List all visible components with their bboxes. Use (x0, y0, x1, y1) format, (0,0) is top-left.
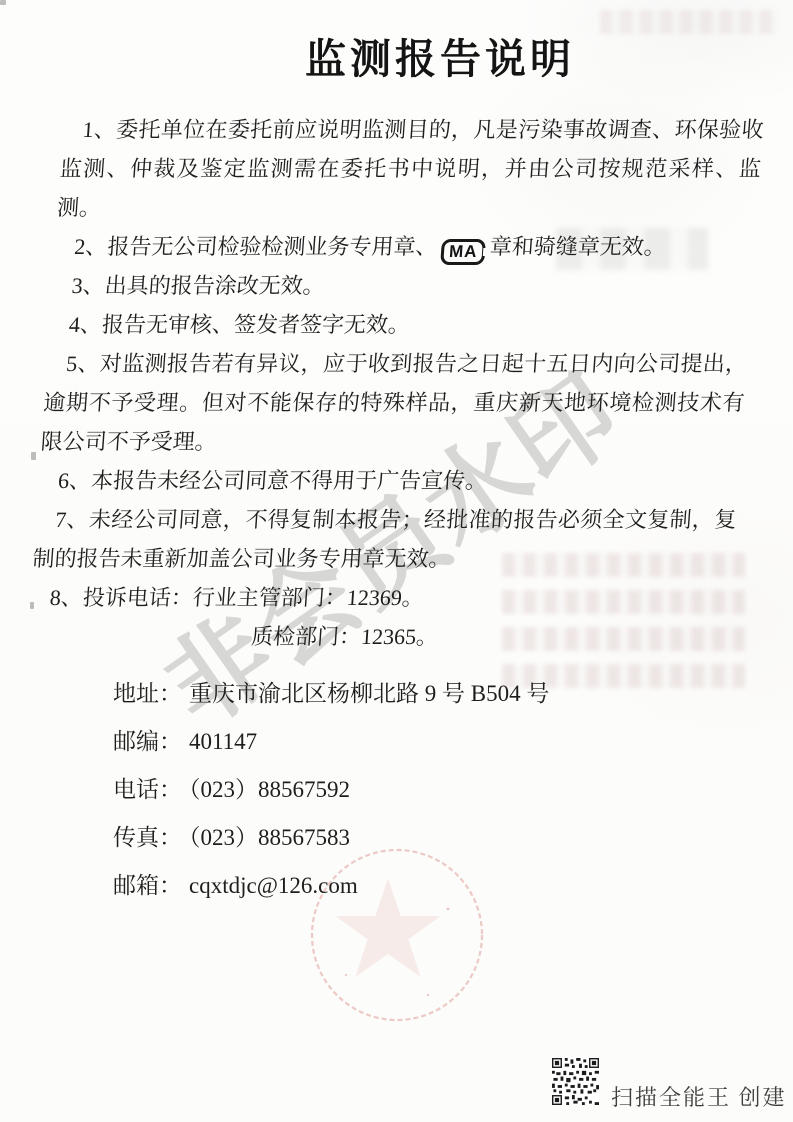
notes-list: 1、委托单位在委托前应说明监测目的，凡是污染事故调查、环保验收监测、仲裁及鉴定监… (22, 110, 765, 656)
contact-value: （023）88567592 (189, 777, 350, 802)
contact-block: 地址：重庆市渝北区杨柳北路 9 号 B504 号 邮编：401147 电话：（0… (113, 670, 549, 910)
note-text: 本报告未经公司同意不得用于广告宣传。 (90, 468, 488, 493)
note-item-3: 3、出具的报告涂改无效。 (46, 266, 754, 305)
contact-value: 重庆市渝北区杨柳北路 9 号 B504 号 (189, 681, 549, 706)
cma-mark-notch (483, 248, 489, 256)
note-number: 7、 (54, 507, 89, 532)
scan-speck (0, 0, 6, 5)
cma-mark-icon: MA (440, 239, 486, 265)
qr-code-icon (552, 1058, 599, 1105)
note-number: 4、 (68, 312, 103, 337)
scanner-credit-text: 扫描全能王 创建 (611, 1081, 787, 1112)
note-item-8-line2: 质检部门：12365。 (22, 617, 730, 656)
note-text: 报告无公司检验检测业务专用章、 (107, 234, 439, 259)
note-number: 2、 (74, 234, 109, 259)
note-item-2: 2、报告无公司检验检测业务专用章、MA章和骑缝章无效。 (49, 227, 757, 266)
note-item-7: 7、未经公司同意，不得复制本报告；经批准的报告必须全文复制，复制的报告未重新加盖… (27, 500, 737, 578)
note-item-5: 5、对监测报告若有异议，应于收到报告之日起十五日内向公司提出，逾期不予受理。但对… (35, 344, 748, 461)
contact-email: 邮箱：cqxtdjc@126.com (113, 862, 549, 910)
contact-phone: 电话：（023）88567592 (113, 766, 549, 814)
page-title: 监测报告说明 (305, 26, 575, 85)
contact-fax: 传真：（023）88567583 (113, 814, 549, 862)
note-item-6: 6、本报告未经公司同意不得用于广告宣传。 (33, 461, 741, 500)
contact-value: （023）88567583 (189, 825, 350, 850)
note-number: 6、 (57, 468, 92, 493)
contact-address: 地址：重庆市渝北区杨柳北路 9 号 B504 号 (113, 670, 549, 718)
contact-postal-code: 邮编：401147 (113, 718, 549, 766)
contact-label: 邮编： (113, 729, 182, 754)
note-text: 章和骑缝章无效。 (489, 234, 667, 259)
note-item-4: 4、报告无审核、签发者签字无效。 (44, 305, 752, 344)
note-number: 8、 (49, 585, 84, 610)
contact-value: 401147 (189, 729, 257, 754)
note-text: 未经公司同意，不得复制本报告；经批准的报告必须全文复制，复制的报告未重新加盖公司… (32, 507, 737, 571)
contact-label: 电话： (113, 777, 182, 802)
note-text: 委托单位在委托前应说明监测目的，凡是污染事故调查、环保验收监测、仲裁及鉴定监测需… (56, 117, 764, 220)
bleed-through-smudge-top (600, 10, 775, 34)
note-item-1: 1、委托单位在委托前应说明监测目的，凡是污染事故调查、环保验收监测、仲裁及鉴定监… (52, 110, 765, 227)
contact-label: 邮箱： (113, 873, 182, 898)
note-number: 5、 (65, 351, 100, 376)
cma-mark-label: MA (448, 242, 478, 261)
note-text: 出具的报告涂改无效。 (104, 273, 326, 298)
contact-label: 地址： (113, 681, 182, 706)
scanned-document-page: 非会员水印 监测报告说明 1、委托单位在委托前应说明监测目的，凡是污染事故调查、… (0, 0, 793, 1122)
contact-value: cqxtdjc@126.com (189, 873, 358, 898)
note-text: 对监测报告若有异议，应于收到报告之日起十五日内向公司提出，逾期不予受理。但对不能… (40, 351, 748, 454)
note-text: 投诉电话：行业主管部门：12369。 (82, 585, 425, 610)
contact-label: 传真： (113, 825, 182, 850)
note-item-8: 8、投诉电话：行业主管部门：12369。 (25, 578, 733, 617)
note-number: 1、 (82, 117, 117, 142)
note-text: 报告无审核、签发者签字无效。 (101, 312, 411, 337)
note-number: 3、 (71, 273, 106, 298)
